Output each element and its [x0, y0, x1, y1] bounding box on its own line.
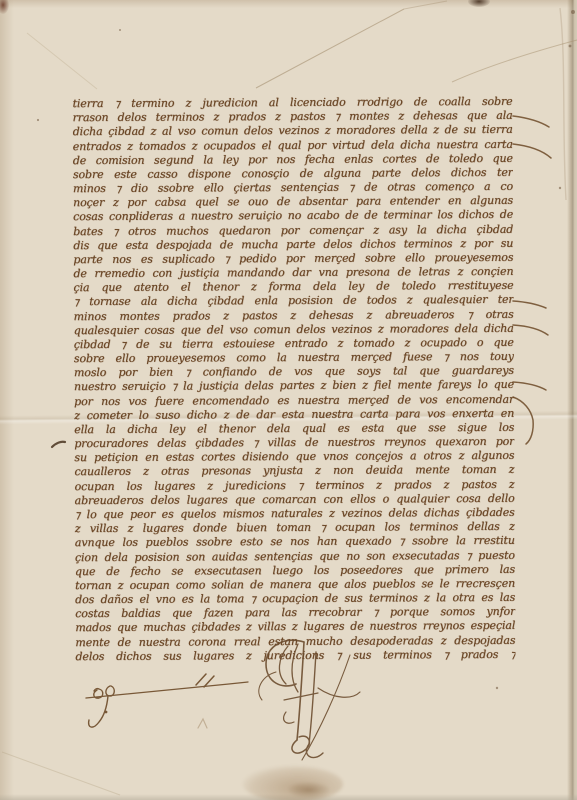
parchment-right-edge [567, 0, 577, 800]
parchment-top-edge [0, 0, 577, 8]
manuscript-line: delos dichos sus lugares z juredicions ⁊… [75, 648, 515, 664]
parchment-left-edge [0, 0, 14, 800]
bottom-stain-core [288, 782, 330, 798]
manuscript-photo: tierra ⁊ termino z juredicion al licenci… [0, 0, 577, 800]
manuscript-text-block: tierra ⁊ termino z juredicion al licenci… [73, 95, 516, 664]
manuscript-photo-page: { "page": { "ink_color": "#6b4726", "par… [0, 0, 577, 800]
